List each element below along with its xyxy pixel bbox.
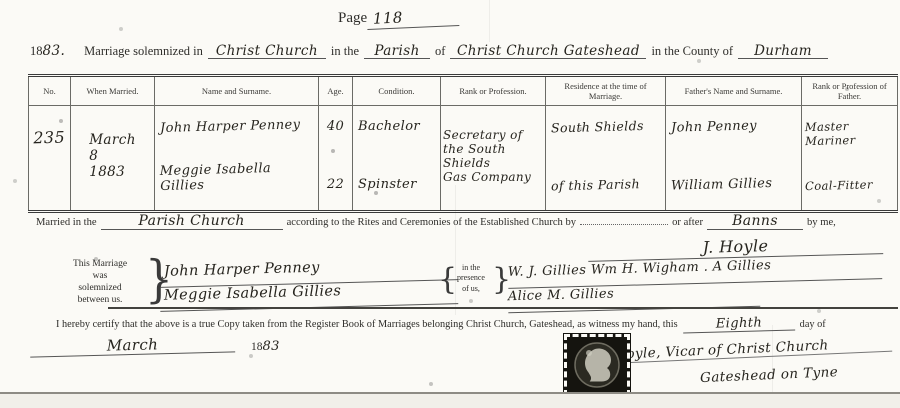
fold-crease bbox=[489, 0, 490, 42]
page-header: Page 118 bbox=[338, 10, 459, 28]
title-seg3: of bbox=[435, 44, 445, 59]
declaration-line: Married in the Parish Church according t… bbox=[36, 214, 836, 230]
when-married-entry: March 8 1883 bbox=[71, 106, 154, 210]
column-header-when-married: When Married. bbox=[71, 76, 155, 106]
presence-label: in the presence of us, bbox=[450, 263, 492, 294]
groom-father-name: John Penney bbox=[671, 117, 796, 135]
certification-statement: I hereby certify that the above is a tru… bbox=[56, 319, 678, 330]
parish-church-name: Christ Church Gateshead bbox=[450, 44, 646, 59]
vicar-signature-line2: Gateshead on Tyne bbox=[700, 362, 891, 386]
parish-word: Parish bbox=[364, 44, 430, 59]
title-seg4: in the County of bbox=[651, 44, 733, 59]
groom-profession: Secretary of the South Shields Gas Compa… bbox=[441, 106, 545, 210]
vicar-signature: J. Hoyle, Vicar of Christ Church bbox=[600, 335, 892, 365]
column-header-age: Age. bbox=[319, 76, 353, 106]
column-header-father-rank: Rank or Profession of Father. bbox=[802, 76, 898, 106]
column-header-father-name: Father's Name and Surname. bbox=[666, 76, 802, 106]
bride-residence: of this Parish bbox=[551, 176, 660, 194]
page-number: 118 bbox=[367, 8, 460, 30]
title-seg1: Marriage solemnized in bbox=[84, 44, 203, 59]
register-year: 1883. bbox=[30, 43, 65, 59]
or-after-label: or after bbox=[672, 217, 703, 228]
scan-noise bbox=[0, 0, 2, 2]
bride-age: 22 bbox=[327, 177, 344, 192]
column-header-residence: Residence at the time of Marriage. bbox=[546, 76, 666, 106]
declaration-middle: according to the Rites and Ceremonies of… bbox=[287, 217, 577, 228]
solemnized-label: This Marriage was solemnized between us. bbox=[52, 259, 148, 307]
day-of-label: day of bbox=[800, 319, 826, 330]
scan-background bbox=[0, 394, 900, 408]
certification-month: March bbox=[30, 335, 235, 357]
bride-father-profession: Coal-Fitter bbox=[805, 177, 895, 193]
table-row: 235 March 8 1883 John Harper Penney Megg… bbox=[29, 106, 898, 212]
by-me-label: by me, bbox=[807, 217, 836, 228]
certification-date-line: March 1883 bbox=[30, 337, 280, 355]
column-header-condition: Condition. bbox=[353, 76, 441, 106]
groom-residence: South Shields bbox=[551, 118, 660, 136]
title-seg2: in the bbox=[331, 44, 359, 59]
marriage-register-table: No. When Married. Name and Surname. Age.… bbox=[28, 74, 898, 213]
bride-father-name: William Gillies bbox=[671, 175, 796, 193]
column-header-name-surname: Name and Surname. bbox=[155, 76, 319, 106]
groom-condition: Bachelor bbox=[358, 119, 435, 134]
column-header-no: No. bbox=[29, 76, 71, 106]
certification-day: Eighth bbox=[682, 316, 794, 334]
queen-victoria-stamp-icon bbox=[564, 334, 630, 396]
register-title-line: 1883. Marriage solemnized in Christ Chur… bbox=[30, 43, 896, 59]
bride-condition: Spinster bbox=[358, 177, 435, 192]
declaration-prefix: Married in the bbox=[36, 217, 97, 228]
county-name: Durham bbox=[738, 44, 828, 59]
marriage-register-document: Page 118 1883. Marriage solemnized in Ch… bbox=[0, 0, 900, 408]
blank-officiant-space bbox=[580, 224, 668, 225]
church-name: Christ Church bbox=[208, 44, 326, 59]
groom-name: John Harper Penney bbox=[160, 117, 313, 136]
page-label: Page bbox=[338, 10, 367, 27]
certification-year: 1883 bbox=[251, 337, 280, 355]
section-divider-rule bbox=[108, 307, 898, 309]
witness-signatures: W. J. Gillies Wm H. Wigham . A Gillies A… bbox=[508, 260, 882, 310]
header-row: No. When Married. Name and Surname. Age.… bbox=[29, 76, 898, 106]
bride-name: Meggie Isabella Gillies bbox=[160, 160, 314, 194]
groom-father-profession: Master Mariner bbox=[805, 118, 896, 148]
entry-number: 235 bbox=[28, 105, 70, 147]
couple-signatures: John Harper Penney Meggie Isabella Gilli… bbox=[160, 260, 458, 308]
stamp-portrait bbox=[571, 340, 623, 390]
certification-line: I hereby certify that the above is a tru… bbox=[56, 317, 826, 332]
marriage-method: Banns bbox=[707, 214, 803, 230]
marriage-place: Parish Church bbox=[101, 214, 283, 230]
groom-age: 40 bbox=[327, 119, 344, 134]
column-header-rank-profession: Rank or Profession. bbox=[441, 76, 546, 106]
